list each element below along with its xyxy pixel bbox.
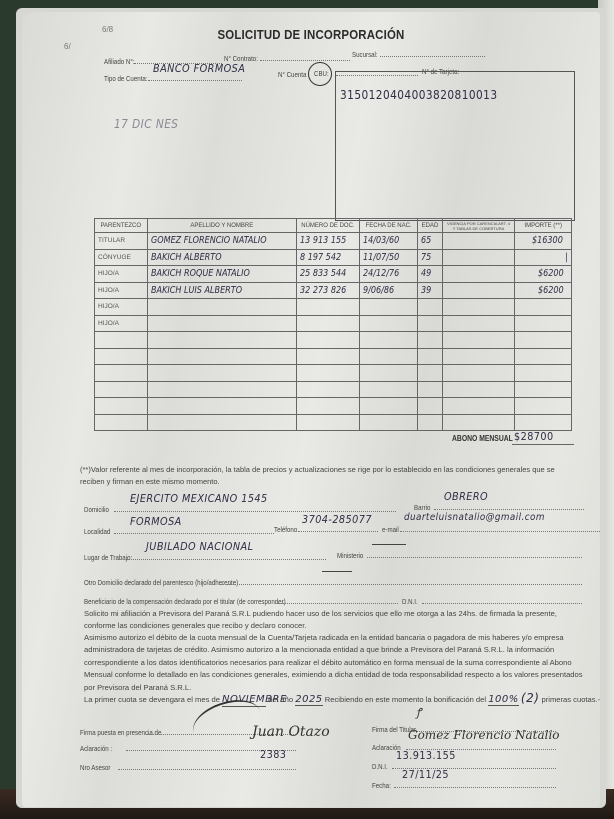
cell-documento[interactable]: 8 197 542 (297, 249, 360, 266)
ministerio-field[interactable] (367, 550, 582, 558)
table-row: HIJO/ABAKICH LUIS ALBERTO32 273 8269/06/… (95, 282, 572, 299)
cell-documento[interactable]: 25 833 544 (297, 266, 360, 283)
first-fee-line: La primer cuota se devengara el mes de N… (84, 692, 600, 707)
cell-importe[interactable]: | (515, 249, 572, 266)
titular-dni-label: D.N.I. (372, 762, 388, 771)
col-vigencia: VIGENCIA POR CARENCIA ART. 4 Y TABLAS DE… (442, 219, 515, 233)
cell-importe[interactable] (515, 414, 572, 431)
table-row: HIJO/A (95, 299, 572, 316)
cell-nombre[interactable] (147, 348, 297, 365)
fecha-nac-value: 9/06/86 (363, 285, 394, 296)
asesor-value: 2383 (260, 748, 286, 761)
localidad-label: Localidad (84, 527, 110, 536)
cell-fecha-nac[interactable]: 11/07/50 (359, 249, 418, 266)
telefono-label: Teléfono (274, 525, 297, 534)
asesor-label: Nro Asesor (80, 763, 110, 772)
otro-domicilio-dash (322, 571, 352, 572)
cell-importe[interactable] (515, 398, 572, 415)
trabajo-value: JUBILADO NACIONAL (146, 540, 253, 553)
cell-vigencia[interactable] (442, 414, 515, 431)
col-edad: EDAD (418, 219, 442, 233)
cell-fecha-nac[interactable] (359, 332, 418, 349)
cell-vigencia[interactable] (442, 233, 515, 250)
members-table: PARENTEZCO APELLIDO Y NOMBRE NÚMERO DE D… (94, 218, 572, 431)
cell-parentesco[interactable]: HIJO/A (95, 315, 148, 332)
fecha-value: 27/11/25 (402, 768, 449, 781)
aclaracion-asesor-value: Juan Otazo (252, 724, 330, 740)
col-nombre: APELLIDO Y NOMBRE (147, 219, 297, 233)
email-field[interactable] (400, 524, 600, 532)
tipo-cuenta-value: BANCO FORMOSA (153, 62, 245, 75)
cell-nombre[interactable] (147, 299, 297, 316)
cell-parentesco[interactable]: CÓNYUGE (95, 249, 148, 266)
cell-edad[interactable] (418, 414, 442, 431)
cell-importe[interactable]: $16300 (515, 233, 572, 250)
cell-parentesco[interactable] (95, 332, 148, 349)
terms-debit-authorization: Asimismo autorizo el débito de la cuota … (84, 632, 584, 694)
cell-documento[interactable] (297, 365, 360, 382)
tipo-cuenta-label: Tipo de Cuenta: (104, 74, 148, 83)
cell-fecha-nac[interactable] (359, 414, 418, 431)
cell-documento[interactable] (297, 332, 360, 349)
bonus-text: Recibiendo en este momento la bonificaci… (325, 695, 486, 704)
cell-edad[interactable] (418, 381, 442, 398)
cell-edad[interactable]: 39 (418, 282, 442, 299)
cell-vigencia[interactable] (442, 348, 515, 365)
edad-value: 65 (421, 235, 431, 246)
cell-parentesco[interactable] (95, 365, 148, 382)
titular-dni-value: 13.913.155 (396, 749, 456, 762)
cell-documento[interactable] (297, 299, 360, 316)
telefono-value: 3704-285077 (302, 513, 372, 526)
beneficiario-label: Beneficiario de la compensación declarad… (84, 597, 286, 606)
otro-domicilio-field[interactable] (220, 577, 582, 585)
cell-vigencia[interactable] (442, 381, 515, 398)
price-footnote: (**)Valor referente al mes de incorporac… (80, 464, 580, 488)
side-note: 17 DIC NES (114, 117, 178, 131)
importe-value: $16300 (532, 235, 563, 246)
domicilio-label: Domicilio (84, 505, 109, 514)
application-form: 6/8 6/ SOLICITUD DE INCORPORACIÓN Afilia… (22, 12, 600, 807)
nombre-value: BAKICH ALBERTO (151, 252, 222, 263)
cell-documento[interactable] (297, 381, 360, 398)
cell-nombre[interactable] (147, 332, 297, 349)
cell-nombre[interactable] (147, 414, 297, 431)
asesor-field[interactable] (118, 762, 296, 770)
cell-importe[interactable] (515, 332, 572, 349)
cell-edad[interactable]: 49 (418, 266, 442, 283)
bonus-suffix: primeras cuotas.- (542, 695, 601, 704)
cell-vigencia[interactable] (442, 365, 515, 382)
cell-parentesco[interactable]: TITULAR (95, 233, 148, 250)
ministerio-label: Ministerio (337, 551, 363, 560)
cbu-circled-mark (308, 62, 332, 86)
sucursal-field[interactable] (380, 49, 485, 57)
cell-importe[interactable] (515, 315, 572, 332)
col-importe: IMPORTE (**) (515, 219, 572, 233)
cell-nombre[interactable]: BAKICH ROQUE NATALIO (147, 266, 297, 283)
cell-parentesco[interactable] (95, 381, 148, 398)
cell-edad[interactable] (418, 398, 442, 415)
abono-mensual-label: ABONO MENSUAL (452, 434, 513, 443)
trabajo-label: Lugar de Trabajo: (84, 553, 132, 562)
localidad-value: FORMOSA (130, 515, 182, 528)
year-label: del año (268, 695, 293, 704)
cell-documento[interactable] (297, 315, 360, 332)
cell-edad[interactable]: 65 (418, 233, 442, 250)
dni-label: D.N.I. (402, 597, 418, 606)
bonus-percent: 100% (488, 694, 519, 706)
cell-nombre[interactable]: BAKICH LUIS ALBERTO (147, 282, 297, 299)
cbu-number: 3150120404003820810013 (340, 88, 497, 102)
col-fecha-nac: FECHA DE NAC. (359, 219, 418, 233)
cell-parentesco[interactable]: HIJO/A (95, 299, 148, 316)
cell-documento[interactable]: 13 913 155 (297, 233, 360, 250)
trabajo-field[interactable] (126, 552, 326, 560)
cell-parentesco[interactable]: HIJO/A (95, 266, 148, 283)
fecha-nac-value: 24/12/76 (363, 268, 399, 279)
table-row (95, 398, 572, 415)
first-fee-prefix: La primer cuota se devengara el mes de (84, 695, 220, 704)
nombre-value: BAKICH LUIS ALBERTO (151, 285, 242, 296)
cell-edad[interactable]: 75 (418, 249, 442, 266)
cell-importe[interactable] (515, 365, 572, 382)
cell-importe[interactable] (515, 381, 572, 398)
table-row: TITULARGOMEZ FLORENCIO NATALIO13 913 155… (95, 233, 572, 250)
cell-importe[interactable]: $6200 (515, 282, 572, 299)
col-documento: NÚMERO DE DOC. (297, 219, 360, 233)
cell-edad[interactable] (418, 299, 442, 316)
aclaracion-label: Aclaración : (80, 744, 112, 753)
cell-documento[interactable] (297, 414, 360, 431)
cell-fecha-nac[interactable]: 14/03/60 (359, 233, 418, 250)
table-row (95, 348, 572, 365)
cuenta-label: N° Cuenta (278, 70, 306, 79)
importe-value: | (565, 252, 568, 263)
barrio-label: Barrio (414, 503, 430, 512)
form-title: SOLICITUD DE INCORPORACIÓN (57, 27, 566, 42)
cell-edad[interactable] (418, 348, 442, 365)
email-label: e-mail (382, 525, 399, 534)
domicilio-field[interactable] (114, 504, 396, 512)
table-row (95, 381, 572, 398)
cell-nombre[interactable] (147, 365, 297, 382)
afiliado-label: Afiliado N°: (104, 57, 134, 66)
email-value: duarteluisnatalio@gmail.com (404, 512, 545, 523)
barrio-value: OBRERO (444, 490, 488, 503)
cell-fecha-nac[interactable] (359, 365, 418, 382)
beneficiario-field[interactable] (278, 596, 398, 604)
table-header-row: PARENTEZCO APELLIDO Y NOMBRE NÚMERO DE D… (95, 219, 572, 233)
cell-parentesco[interactable] (95, 398, 148, 415)
table-row: CÓNYUGEBAKICH ALBERTO8 197 54211/07/5075… (95, 249, 572, 266)
barrio-field[interactable] (434, 502, 584, 510)
importe-value: $6200 (538, 285, 564, 296)
table-row: HIJO/ABAKICH ROQUE NATALIO25 833 54424/1… (95, 266, 572, 283)
documento-value: 13 913 155 (300, 235, 346, 246)
cell-documento[interactable] (297, 348, 360, 365)
nombre-value: GOMEZ FLORENCIO NATALIO (151, 235, 267, 246)
cell-documento[interactable]: 32 273 826 (297, 282, 360, 299)
nombre-value: BAKICH ROQUE NATALIO (151, 268, 250, 279)
cell-importe[interactable] (515, 348, 572, 365)
cell-fecha-nac[interactable] (359, 315, 418, 332)
fecha-label: Fecha: (372, 781, 391, 790)
sucursal-label: Sucursal: (352, 50, 378, 59)
cell-importe[interactable]: $6200 (515, 266, 572, 283)
cell-edad[interactable] (418, 332, 442, 349)
year-value: 2025 (295, 694, 322, 706)
titular-signature: ꝭ (416, 705, 421, 720)
cell-fecha-nac[interactable] (359, 398, 418, 415)
dni-field[interactable] (422, 596, 582, 604)
cell-edad[interactable] (418, 365, 442, 382)
cell-vigencia[interactable] (442, 282, 515, 299)
cell-vigencia[interactable] (442, 249, 515, 266)
cell-vigencia[interactable] (442, 398, 515, 415)
documento-value: 8 197 542 (300, 252, 341, 263)
cell-parentesco[interactable] (95, 414, 148, 431)
cell-fecha-nac[interactable] (359, 348, 418, 365)
contrato-field[interactable] (260, 53, 350, 61)
cell-fecha-nac[interactable] (359, 381, 418, 398)
col-parentesco: PARENTEZCO (95, 219, 148, 233)
titular-aclaracion-value: Gomez Florencio Natalio (408, 728, 560, 742)
cell-documento[interactable] (297, 398, 360, 415)
fecha-nac-value: 14/03/60 (363, 235, 399, 246)
ministerio-dash (372, 544, 406, 545)
fecha-field[interactable] (394, 780, 556, 788)
terms-affiliation: Solicito mi afiliación a Previsora del P… (84, 608, 584, 633)
cell-vigencia[interactable] (442, 266, 515, 283)
importe-value: $6200 (538, 268, 564, 279)
cell-nombre[interactable]: GOMEZ FLORENCIO NATALIO (147, 233, 297, 250)
cell-nombre[interactable] (147, 315, 297, 332)
fecha-nac-value: 11/07/50 (363, 252, 399, 263)
cell-parentesco[interactable] (95, 348, 148, 365)
table-row (95, 365, 572, 382)
edad-value: 39 (421, 285, 431, 296)
abono-mensual-value: $28700 (514, 430, 554, 443)
domicilio-value: EJERCITO MEXICANO 1545 (130, 492, 268, 505)
bonus-count: (2) (521, 691, 540, 705)
page-marker-secondary: 6/ (64, 42, 71, 51)
cell-nombre[interactable] (147, 398, 297, 415)
abono-underline (512, 444, 574, 445)
cell-nombre[interactable] (147, 381, 297, 398)
otro-domicilio-label: Otro Domicilio declarado del parentesco … (84, 578, 238, 587)
cell-edad[interactable] (418, 315, 442, 332)
cell-fecha-nac[interactable]: 9/06/86 (359, 282, 418, 299)
documento-value: 25 833 544 (300, 268, 346, 279)
edad-value: 49 (421, 268, 431, 279)
cell-fecha-nac[interactable] (359, 299, 418, 316)
cell-nombre[interactable]: BAKICH ALBERTO (147, 249, 297, 266)
edad-value: 75 (421, 252, 431, 263)
cell-fecha-nac[interactable]: 24/12/76 (359, 266, 418, 283)
cell-importe[interactable] (515, 299, 572, 316)
table-row: HIJO/A (95, 315, 572, 332)
cell-vigencia[interactable] (442, 299, 515, 316)
table-row (95, 332, 572, 349)
cell-parentesco[interactable]: HIJO/A (95, 282, 148, 299)
table-row (95, 414, 572, 431)
cell-vigencia[interactable] (442, 315, 515, 332)
cell-vigencia[interactable] (442, 332, 515, 349)
documento-value: 32 273 826 (300, 285, 346, 296)
